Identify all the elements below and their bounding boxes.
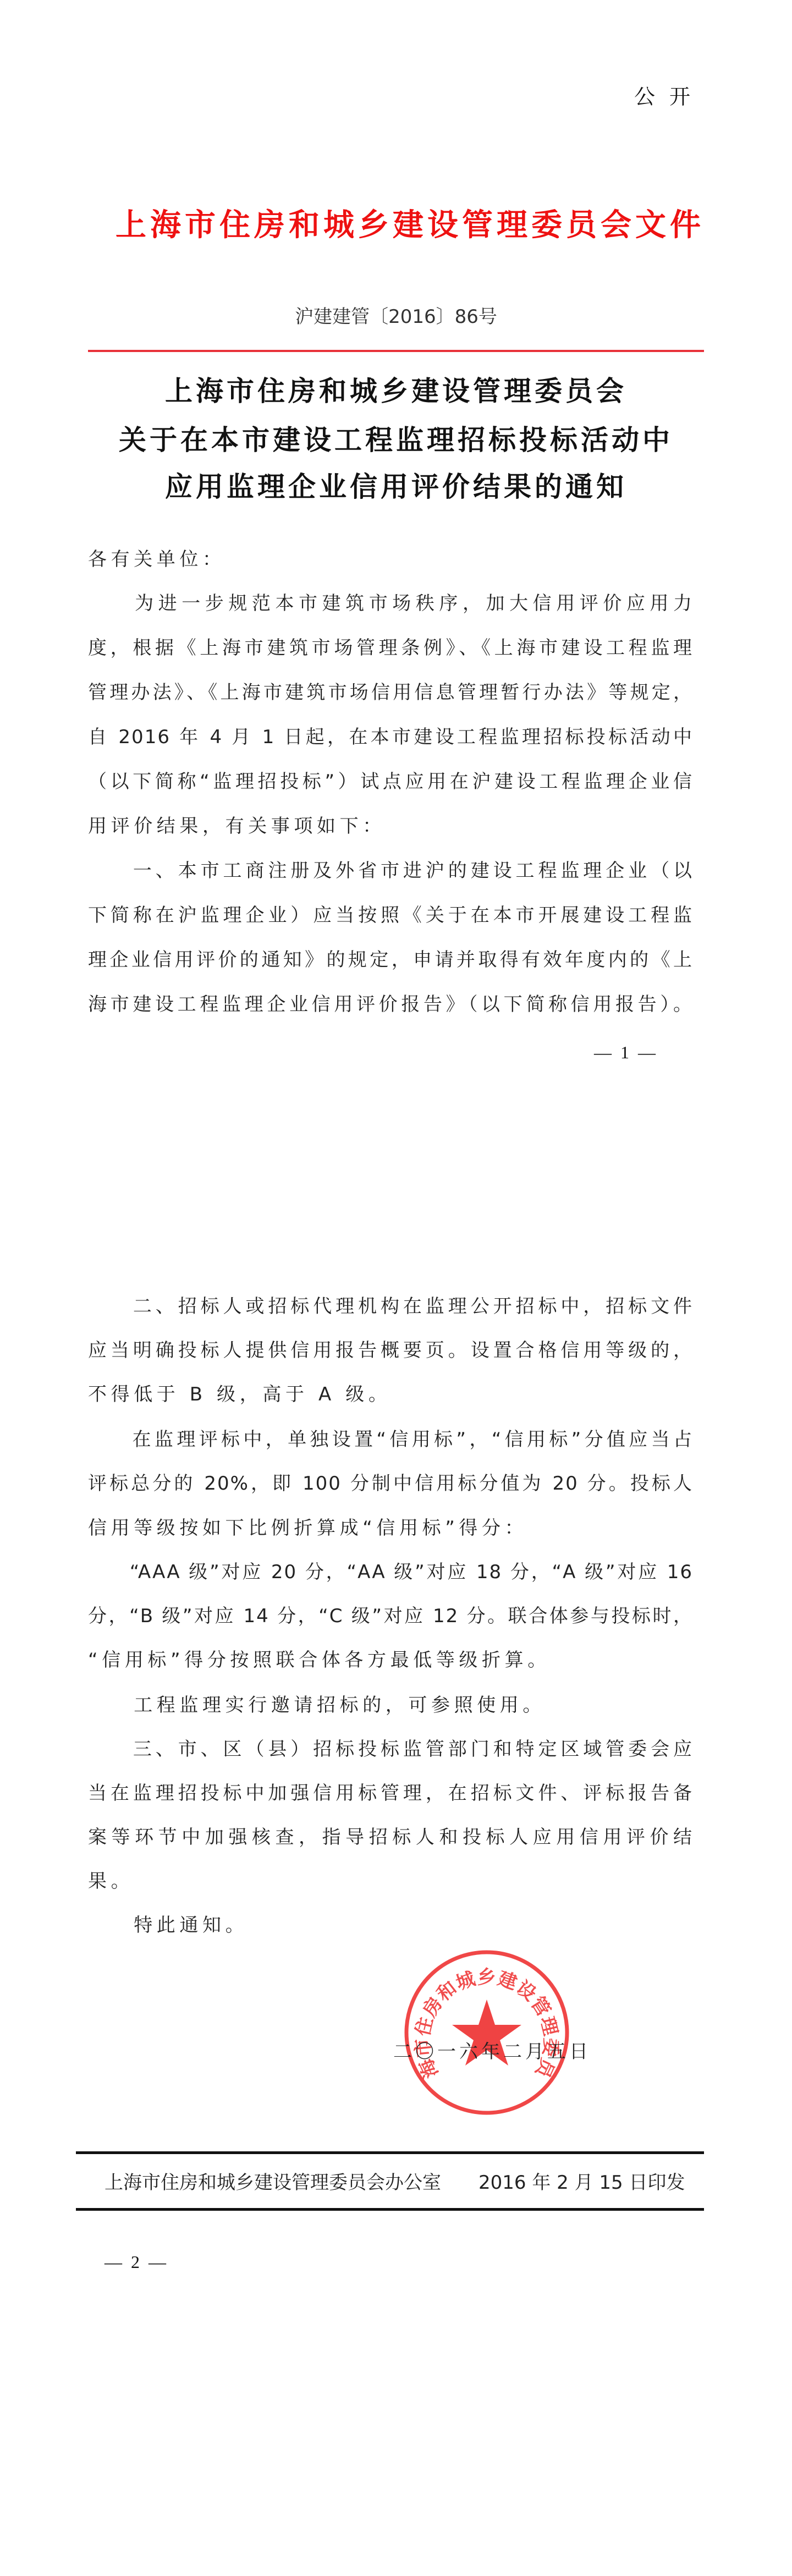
title-line-3: 应用监理企业信用评价结果的通知: [0, 471, 792, 502]
body-line: （以下简称“监理招投标”）试点应用在沪建设工程监理企业信: [88, 771, 693, 793]
body-line: 案等环节中加强核查，指导招标人和投标人应用信用评价结: [88, 1826, 693, 1848]
body-line: 为进一步规范本市建筑市场秩序，加大信用评价应用力: [88, 592, 693, 614]
imprint-line: 上海市住房和城乡建设管理委员会办公室 2016 年 2 月 15 日印发: [105, 2172, 682, 2194]
body-line: 度，根据《上海市建筑市场管理条例》、《上海市建设工程监理: [88, 637, 693, 659]
salutation: 各有关单位：: [88, 548, 226, 570]
imprint-bottom-rule: [76, 2208, 704, 2211]
body-line: 二、招标人或招标代理机构在监理公开招标中，招标文件: [88, 1295, 693, 1317]
body-line: 果。: [88, 1870, 134, 1892]
page-number-2: — 2 —: [105, 2252, 168, 2272]
body-line: 应当明确投标人提供信用报告概要页。设置合格信用等级的，: [88, 1339, 693, 1361]
body-line: 不得低于 B 级，高于 A 级。: [88, 1383, 391, 1405]
body-line: 自 2016 年 4 月 1 日起，在本市建设工程监理招标投标活动中: [88, 726, 693, 748]
body-line: 理企业信用评价的通知》的规定，申请并取得有效年度内的《上: [88, 949, 693, 971]
official-seal-icon: 上海市住房和城乡建设管理委员会: [403, 1949, 570, 2116]
signing-date: 二〇一六年二月五日: [393, 2041, 591, 2063]
body-line: 海市建设工程监理企业信用评价报告》（以下简称信用报告）。: [88, 993, 693, 1015]
title-line-2: 关于在本市建设工程监理招标投标活动中: [0, 425, 792, 455]
body-line: 工程监理实行邀请招标的，可参照使用。: [88, 1694, 546, 1716]
imprint-office: 上海市住房和城乡建设管理委员会办公室: [105, 2172, 441, 2194]
body-line: “AAA 级”对应 20 分，“AA 级”对应 18 分，“A 级”对应 16: [88, 1561, 693, 1583]
body-line: 三、市、区（县）招标投标监管部门和特定区域管委会应: [88, 1738, 693, 1760]
classification-label: 公开: [634, 85, 705, 108]
page-number-1: — 1 —: [594, 1042, 658, 1062]
body-line: 当在监理招投标中加强信用标管理，在招标文件、评标报告备: [88, 1782, 693, 1804]
body-line: 下简称在沪监理企业）应当按照《关于在本市开展建设工程监: [88, 904, 693, 926]
document-number: 沪建建管〔2016〕86号: [0, 306, 792, 328]
title-line-1: 上海市住房和城乡建设管理委员会: [0, 376, 792, 407]
issuer-banner: 上海市住房和城乡建设管理委员会文件: [116, 208, 676, 243]
body-line: 评标总分的 20%，即 100 分制中信用标分值为 20 分。投标人: [88, 1473, 693, 1495]
body-line: 信用等级按如下比例折算成“信用标”得分：: [88, 1517, 527, 1539]
body-line: 分，“B 级”对应 14 分，“C 级”对应 12 分。联合体参与投标时，: [88, 1605, 693, 1627]
red-divider: [88, 350, 704, 352]
body-line: “信用标”得分按照联合体各方最低等级折算。: [88, 1649, 551, 1671]
body-line: 特此通知。: [88, 1914, 248, 1936]
body-line: 一、本市工商注册及外省市进沪的建设工程监理企业（以: [88, 860, 693, 882]
body-line: 用评价结果，有关事项如下：: [88, 815, 386, 837]
imprint-date: 2016 年 2 月 15 日印发: [479, 2172, 685, 2194]
body-line: 在监理评标中，单独设置“信用标”，“信用标”分值应当占: [88, 1429, 693, 1451]
imprint-top-rule: [76, 2151, 704, 2154]
body-line: 管理办法》、《上海市建筑市场信用信息管理暂行办法》等规定，: [88, 682, 693, 704]
